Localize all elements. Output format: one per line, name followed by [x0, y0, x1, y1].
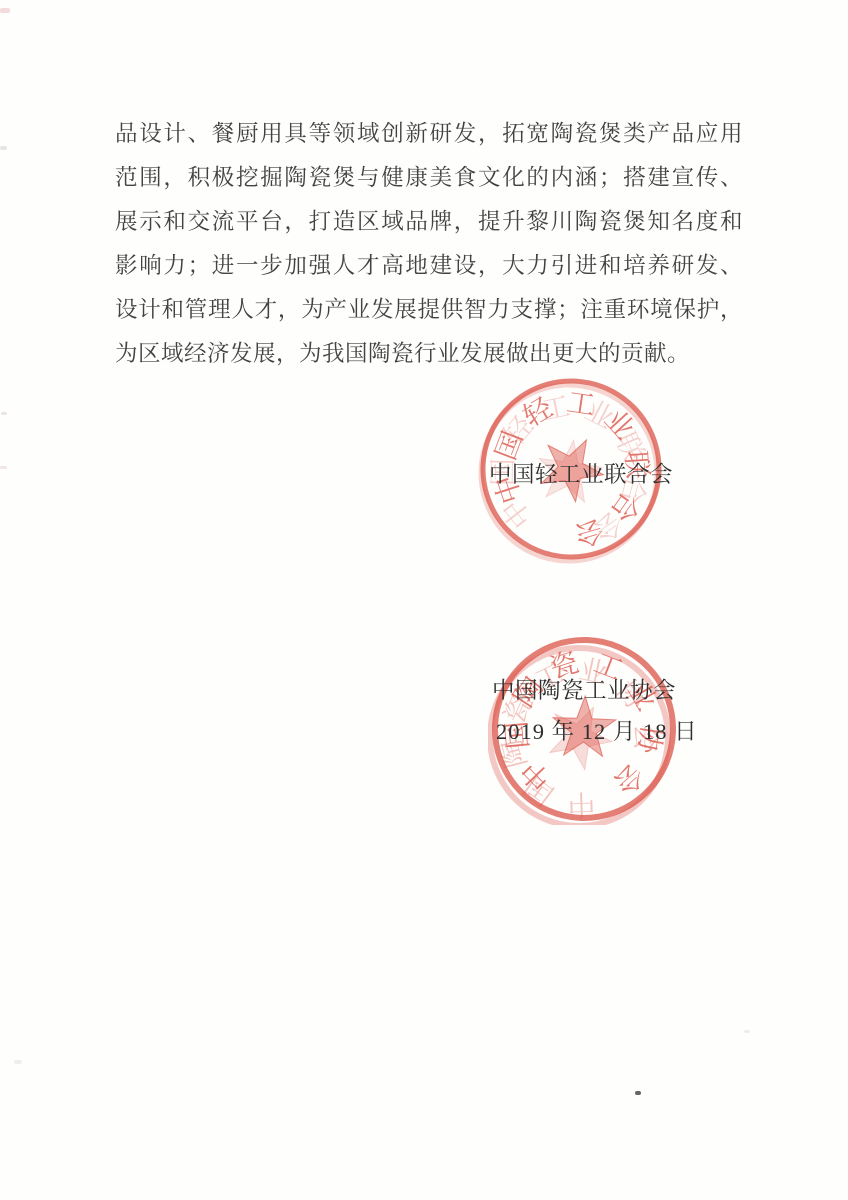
seal-arc-character: 中	[515, 754, 557, 796]
seal-arc-character: 合	[603, 486, 645, 527]
seal-arc-character: 中	[496, 492, 538, 534]
seal-arc-character: 轻	[497, 409, 540, 452]
body-line: 范围，积极挖掘陶瓷煲与健康美食文化的内涵；搭建宣传、	[115, 156, 743, 200]
body-paragraph: 品设计、餐厨用具等领域创新研发，拓宽陶瓷煲类产品应用 范围，积极挖掘陶瓷煲与健康…	[115, 112, 743, 376]
seal-arc-character: 业	[598, 404, 640, 446]
seal-arc-character: 工	[565, 387, 597, 422]
seal-arc-character: 国	[491, 427, 530, 464]
scan-artifact	[744, 1030, 750, 1033]
scan-artifact	[14, 1060, 22, 1064]
seal-arc-character: 中	[567, 787, 596, 820]
signatory-name: 中国轻工业联合会	[489, 463, 673, 488]
signatory-name: 中国陶瓷工业协会	[492, 679, 676, 704]
body-line: 品设计、餐厨用具等领域创新研发，拓宽陶瓷煲类产品应用	[115, 112, 743, 156]
scan-artifact	[0, 466, 7, 469]
seal-arc-character: 会	[587, 505, 628, 547]
seal-arc-character: 联	[609, 427, 650, 466]
scan-artifact	[1, 412, 7, 415]
body-line: 为区域经济发展，为我国陶瓷行业发展做出更大的贡献。	[115, 332, 743, 376]
seal-arc-character: 业	[579, 395, 618, 435]
seal-arc-character: 会	[571, 513, 607, 551]
body-line: 影响力；进一步加强人才高地建设，大力引进和培养研发、	[115, 244, 743, 288]
seal-arc-character: 轻	[518, 391, 559, 433]
scan-artifact	[635, 1091, 641, 1095]
scan-artifact	[0, 8, 10, 13]
date-line: 2019 年 12 月 18 日	[496, 720, 698, 745]
seal-arc-character: 国	[519, 769, 560, 811]
seal-arc-character: 会	[607, 757, 649, 800]
body-line: 设计和管理人才，为产业发展提供智力支撑；注重环境保护，	[115, 288, 743, 332]
seal-arc-character: 工	[539, 391, 573, 427]
scanned-page: 品设计、餐厨用具等领域创新研发，拓宽陶瓷煲类产品应用 范围，积极挖掘陶瓷煲与健康…	[0, 0, 848, 1200]
body-line: 展示和交流平台，打造区域品牌，提升黎川陶瓷煲知名度和	[115, 200, 743, 244]
scan-artifact	[0, 146, 7, 150]
